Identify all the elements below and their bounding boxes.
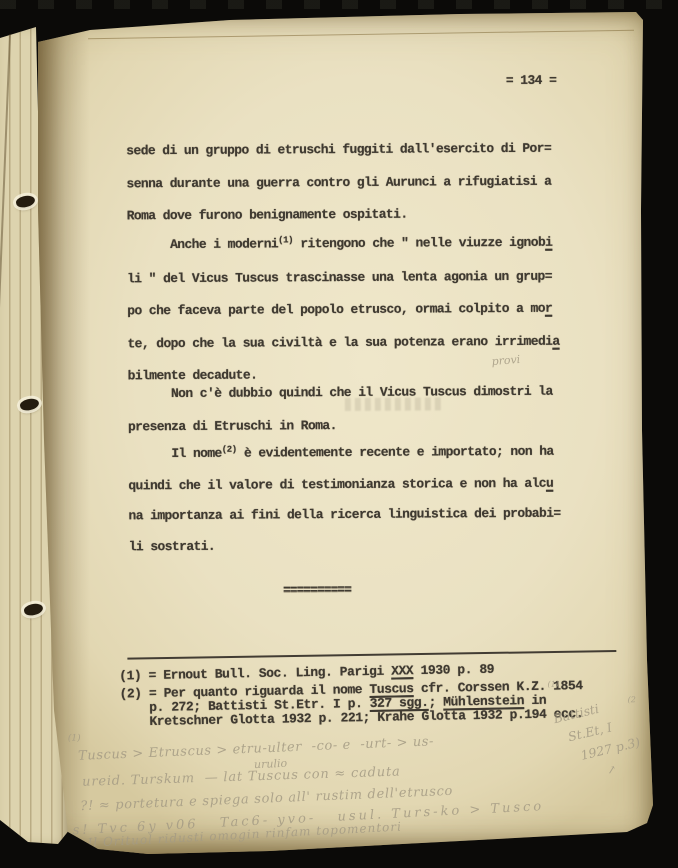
typed-line: sede di un gruppo di etruschi fuggiti da… xyxy=(126,132,606,168)
typed-line: Anche i moderni(1) ritengono che " nelle… xyxy=(127,226,607,263)
book-scan: = 134 = sede di un gruppo di etruschi fu… xyxy=(0,0,678,868)
section-divider: ========== xyxy=(283,582,351,597)
pencil-correction-provi: provi xyxy=(491,353,521,368)
typed-line: li " del Vicus Tuscus trascinasse una le… xyxy=(127,260,607,296)
page-content: = 134 = sede di un gruppo di etruschi fu… xyxy=(27,8,658,858)
typewritten-page: = 134 = sede di un gruppo di etruschi fu… xyxy=(30,10,656,856)
page-number: = 134 = xyxy=(506,73,557,88)
typed-line: quindi che il valore di testimonianza st… xyxy=(128,468,608,502)
pencil-note-mark: (1) xyxy=(68,734,81,744)
pencil-superscript-1: (1) xyxy=(548,680,559,689)
paragraph: sede di un gruppo di etruschi fuggiti da… xyxy=(126,132,607,233)
typed-line: po che faceva parte del popolo etrusco, … xyxy=(127,293,607,329)
footnote-separator-rule xyxy=(127,650,616,660)
typed-line: Il nome(2) è evidentemente recente e imp… xyxy=(128,436,608,471)
paragraph: Anche i moderni(1) ritengono che " nelle… xyxy=(127,226,608,393)
typed-line: te, dopo che la sua civiltà e la sua pot… xyxy=(127,325,607,361)
pencil-note-line-2: ureid. Turskum — lat Tuscus con ≈ caduta xyxy=(82,764,401,789)
typed-line: senna durante una guerra contro gli Auru… xyxy=(126,165,606,201)
paragraph: Il nome(2) è evidentemente recente e imp… xyxy=(128,436,609,562)
erased-text-smudge xyxy=(345,397,441,411)
film-edge-strip xyxy=(0,0,678,9)
typed-line: li sostrati. xyxy=(129,529,609,563)
typed-line: na importanza ai fini della ricerca ling… xyxy=(128,499,608,533)
